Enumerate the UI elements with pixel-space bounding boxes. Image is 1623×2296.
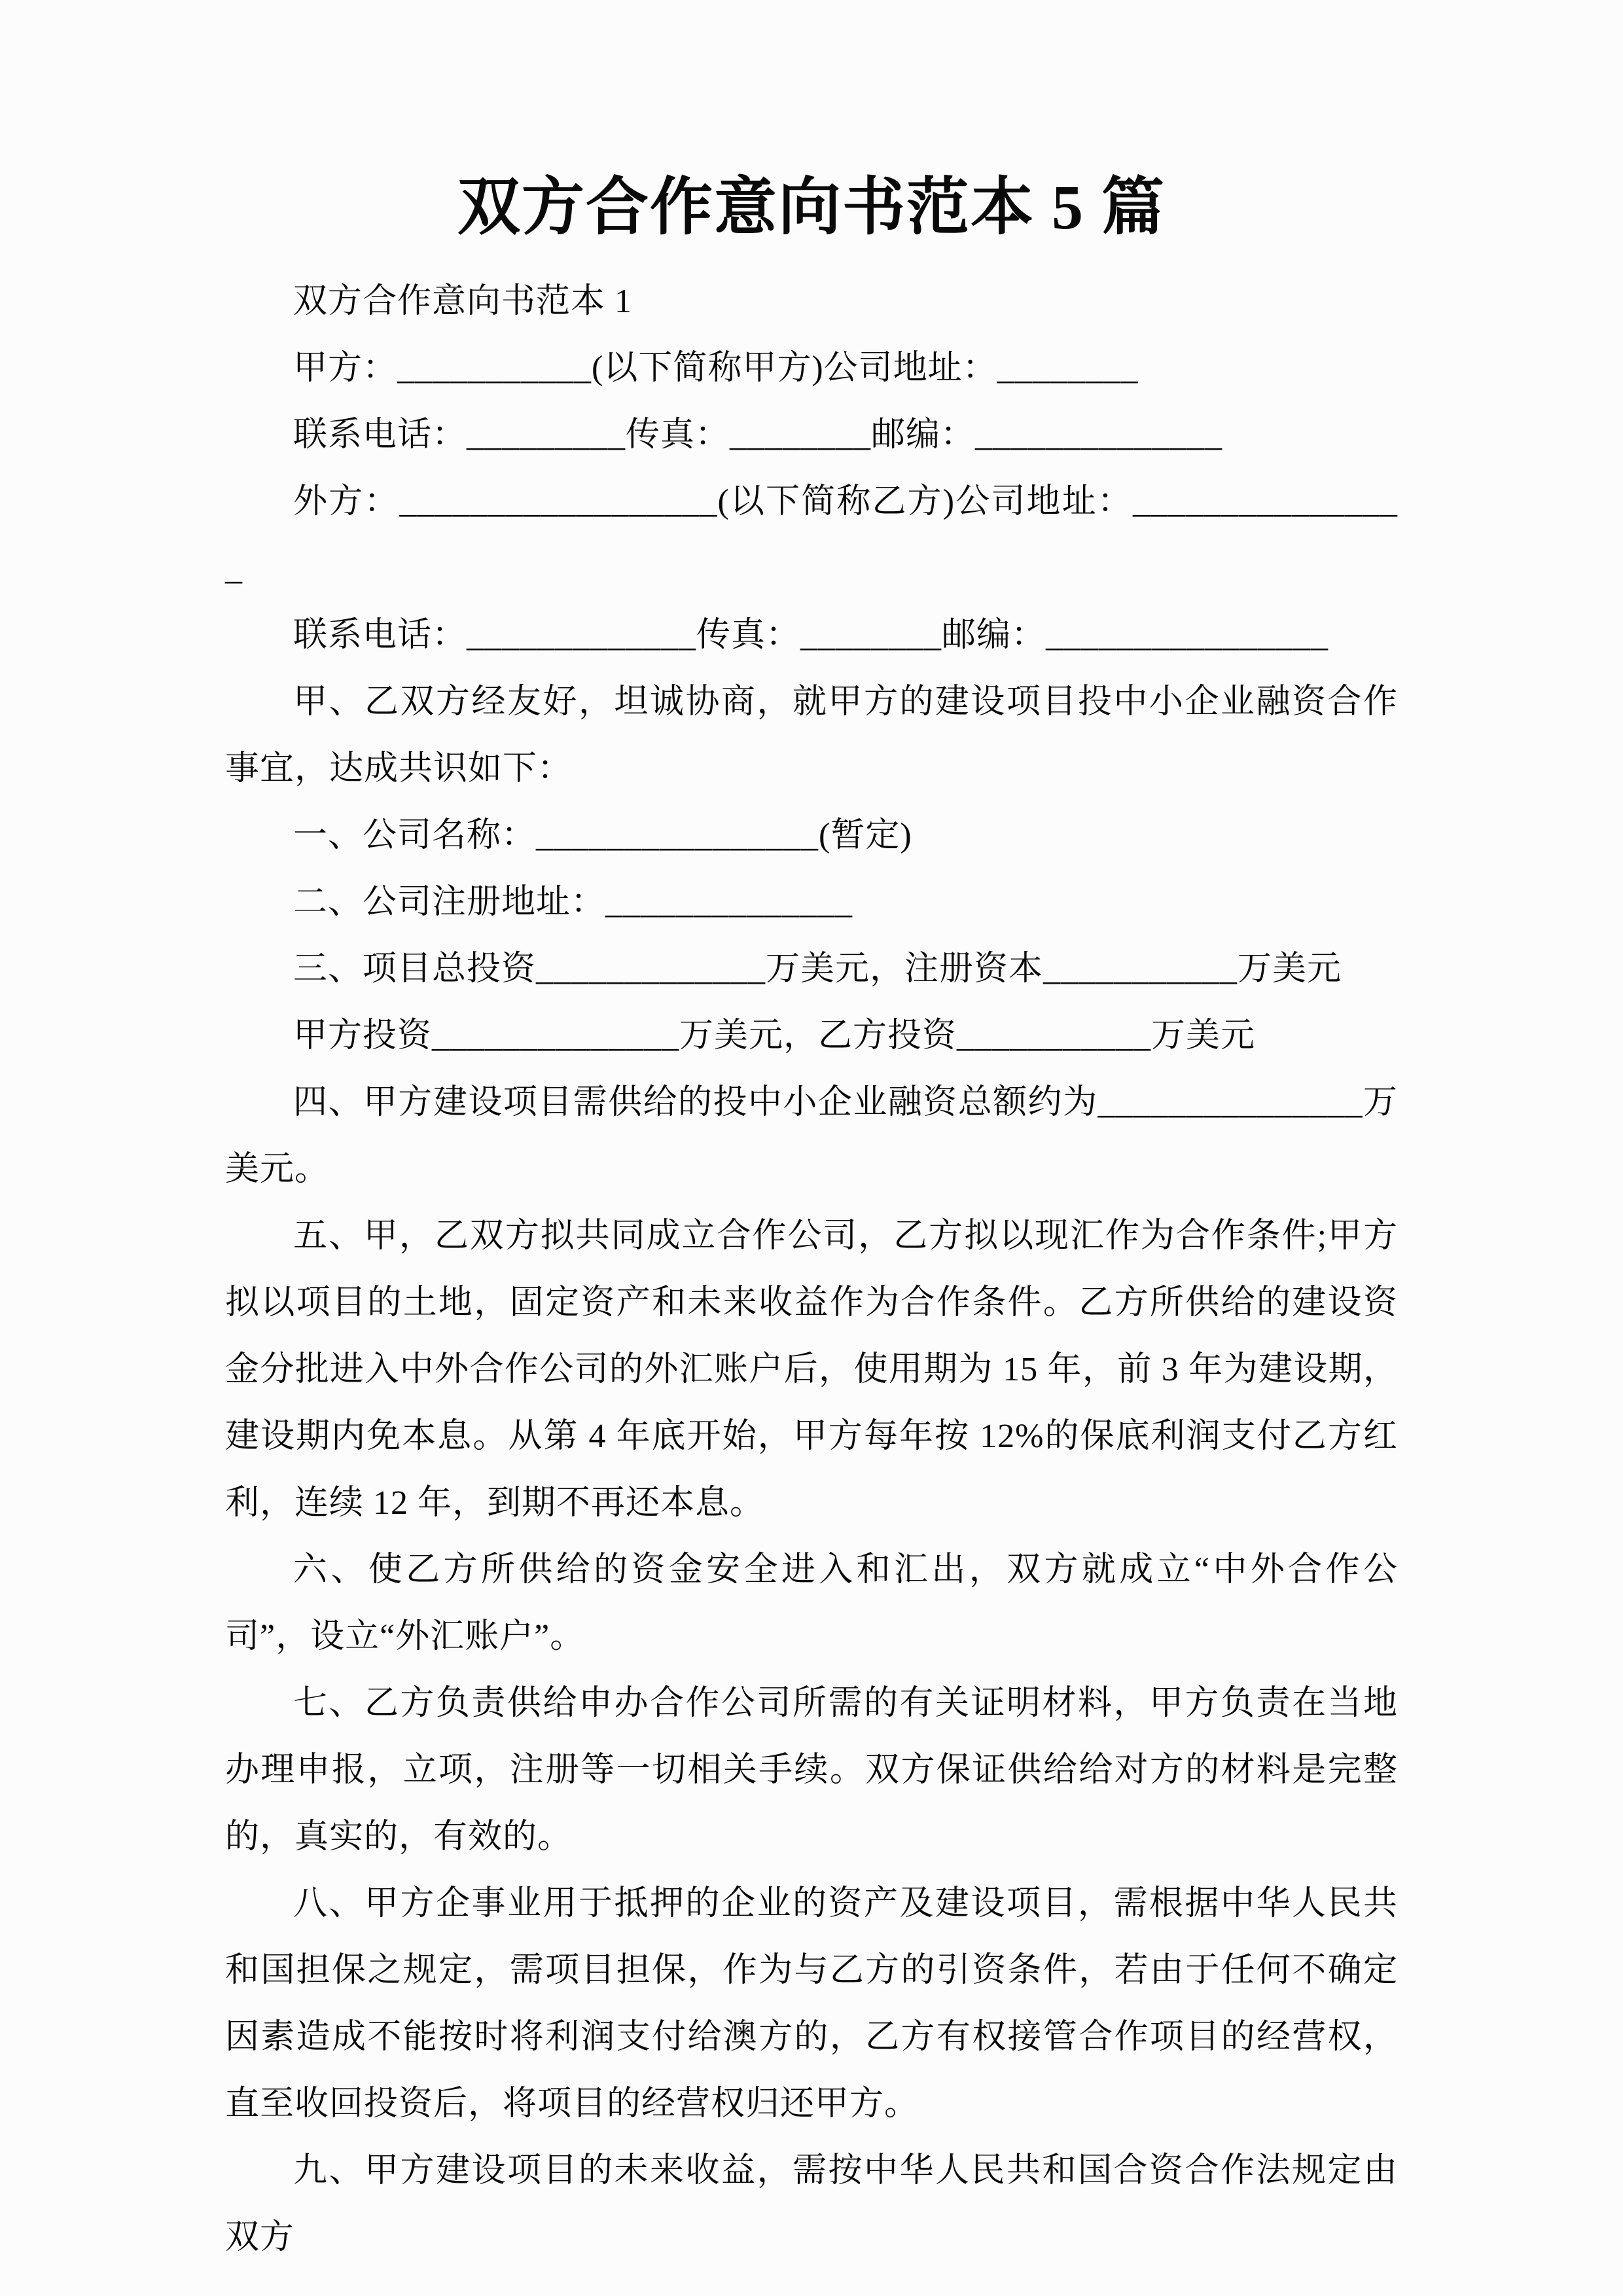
paragraph-clause-5: 五、甲，乙双方拟共同成立合作公司，乙方拟以现汇作为合作条件;甲方拟以项目的土地，… [225, 1203, 1398, 1537]
document-title: 双方合作意向书范本 5 篇 [225, 165, 1398, 250]
paragraph-clause-6: 六、使乙方所供给的资金安全进入和汇出，双方就成立“中外合作公司”，设立“外汇账户… [225, 1537, 1398, 1670]
paragraph-party-a: 甲方：___________(以下简称甲方)公司地址：________ [225, 335, 1398, 402]
paragraph-party-b-contact: 联系电话：_____________传真：________邮编：________… [225, 602, 1398, 669]
paragraph-party-a-contact: 联系电话：_________传真：________邮编：____________… [225, 402, 1398, 469]
paragraph-preamble: 甲、乙双方经友好，坦诚协商，就甲方的建设项目投中小企业融资合作事宜，达成共识如下… [225, 669, 1398, 802]
paragraph-clause-3: 三、项目总投资_____________万美元，注册资本___________万… [225, 936, 1398, 1003]
paragraph-clause-4: 四、甲方建设项目需供给的投中小企业融资总额约为_______________万美… [225, 1069, 1398, 1203]
paragraph-subtitle: 双方合作意向书范本 1 [225, 268, 1398, 335]
paragraph-clause-7: 七、乙方负责供给申办合作公司所需的有关证明材料，甲方负责在当地办理申报，立项，注… [225, 1670, 1398, 1871]
paragraph-clause-8: 八、甲方企事业用于抵押的企业的资产及建设项目，需根据中华人民共和国担保之规定，需… [225, 1871, 1398, 2138]
paragraph-clause-2: 二、公司注册地址：______________ [225, 869, 1398, 936]
paragraph-clause-3-investment: 甲方投资______________万美元，乙方投资___________万美元 [225, 1003, 1398, 1069]
paragraph-party-b: 外方：__________________(以下简称乙方)公司地址：______… [225, 469, 1398, 602]
paragraph-clause-9: 九、甲方建设项目的未来收益，需按中华人民共和国合资合作法规定由双方 [225, 2138, 1398, 2271]
paragraph-clause-1: 一、公司名称：________________(暂定) [225, 802, 1398, 869]
document-page: 双方合作意向书范本 5 篇 双方合作意向书范本 1 甲方：___________… [0, 0, 1623, 2296]
